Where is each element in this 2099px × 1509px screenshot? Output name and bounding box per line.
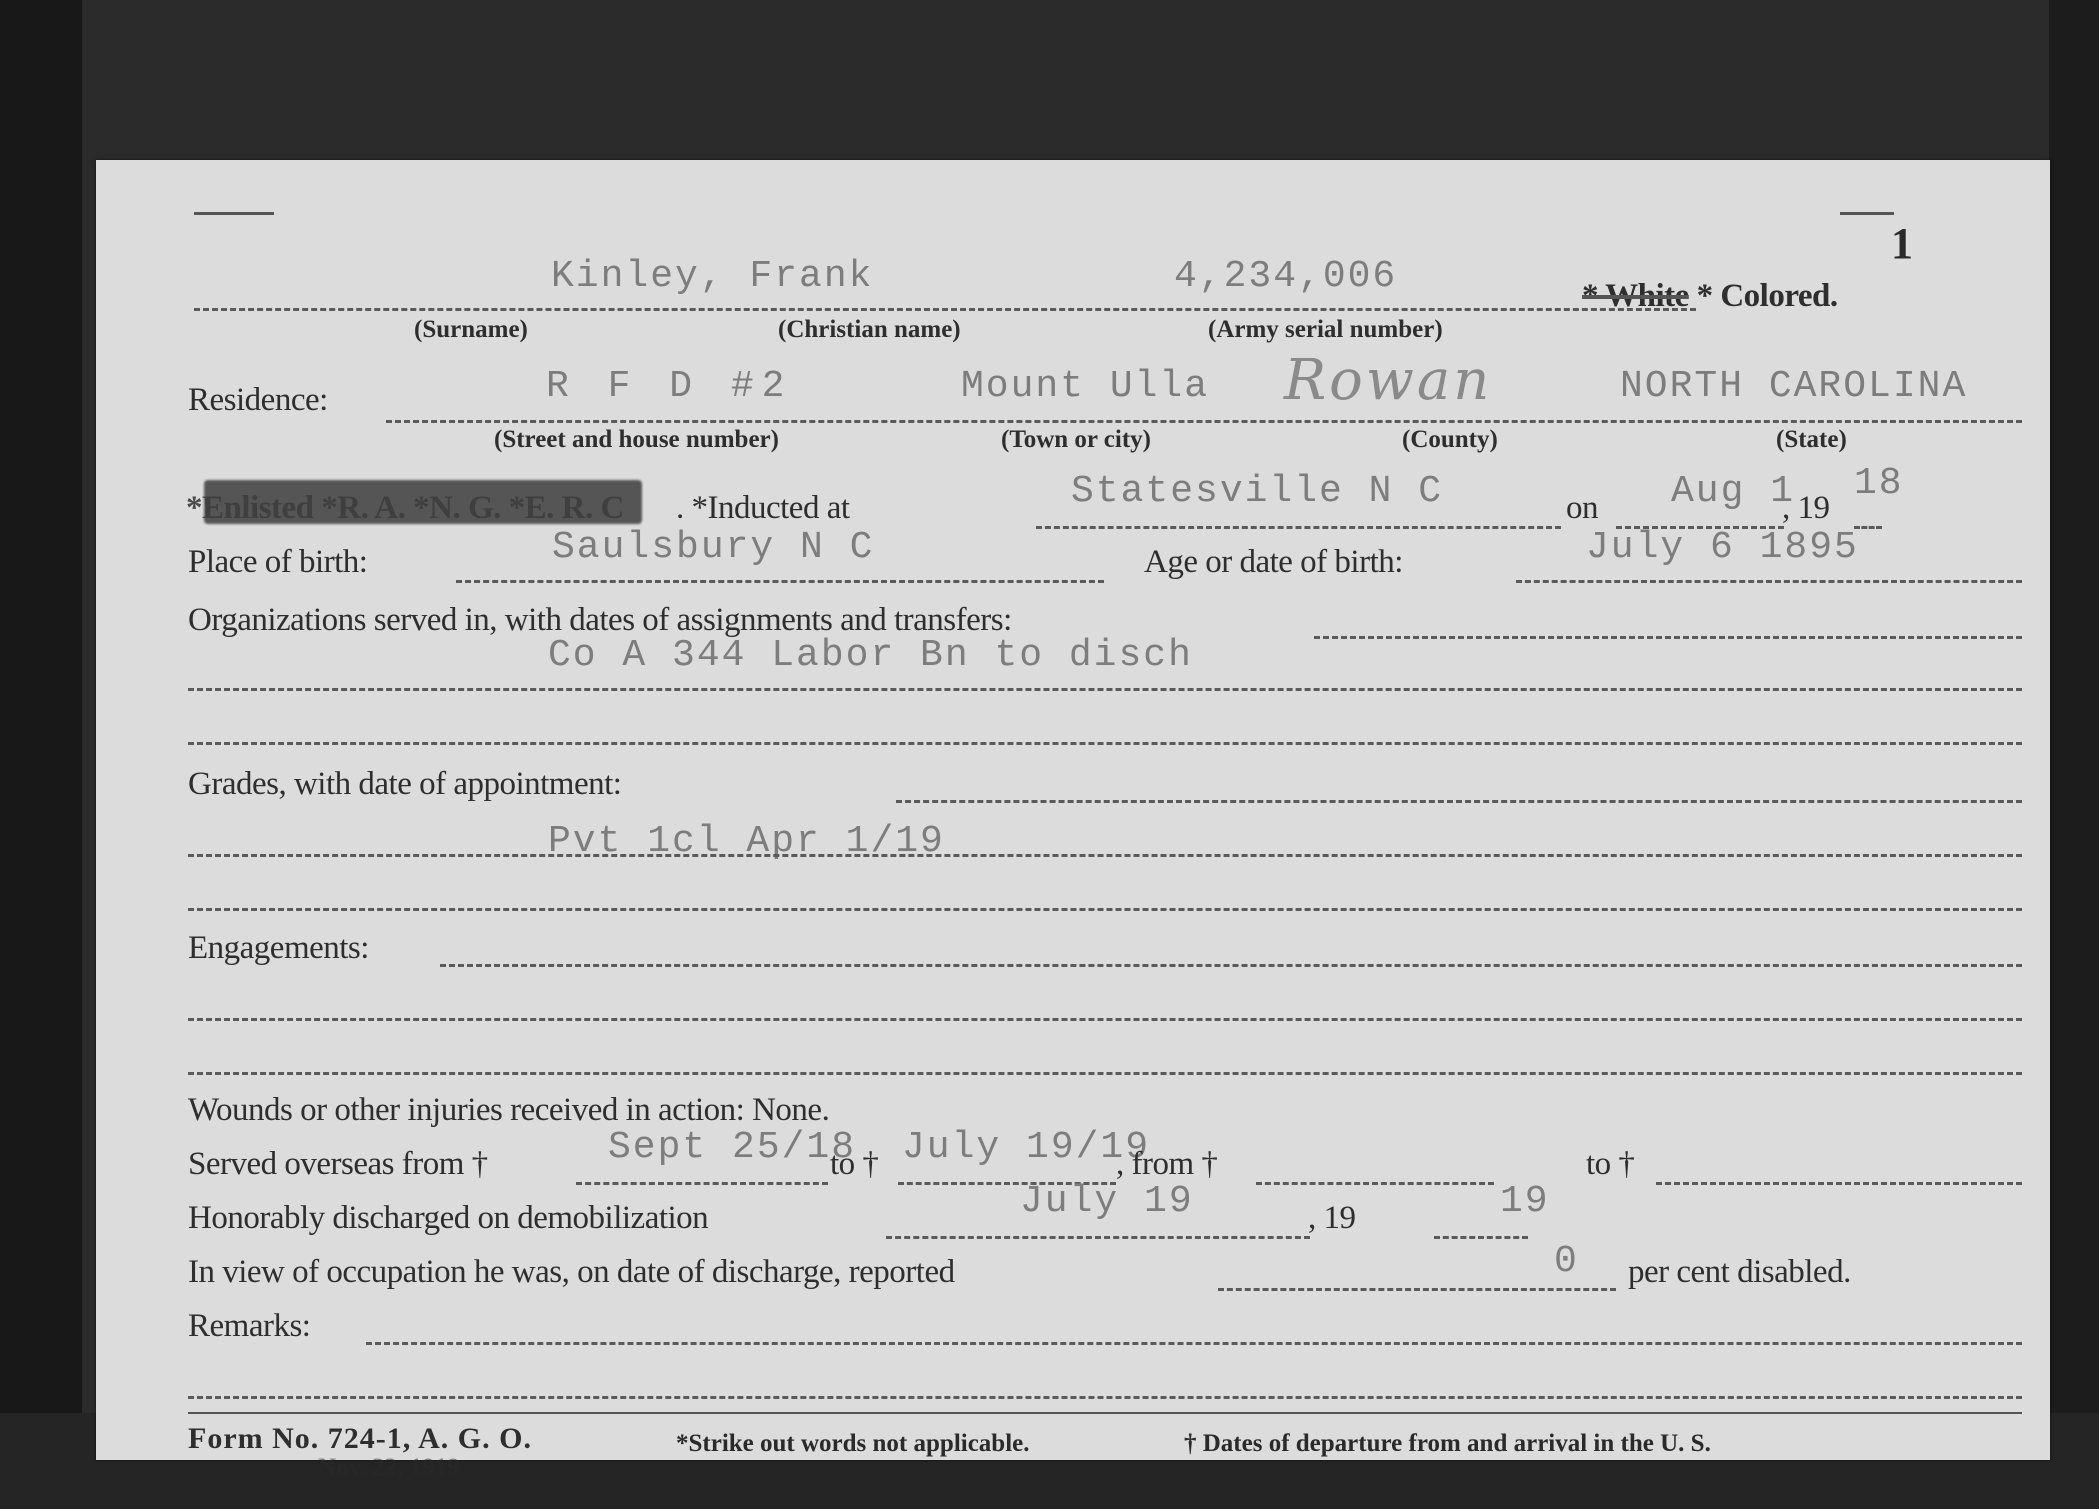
organizations-value: Co A 344 Labor Bn to disch bbox=[548, 634, 1193, 677]
overseas-from-2-underline bbox=[1256, 1182, 1494, 1185]
serial-caption: (Army serial number) bbox=[1208, 316, 1443, 344]
residence-county: Rowan bbox=[1284, 348, 1492, 413]
discharge-year-suffix: 19 bbox=[1500, 1180, 1550, 1223]
state-caption: (State) bbox=[1776, 426, 1847, 454]
discharge-label: Honorably discharged on demobilization bbox=[188, 1200, 708, 1237]
form-date: Nov. 22, 1919 bbox=[318, 1454, 460, 1482]
place-of-birth-underline bbox=[456, 580, 1104, 583]
name-value: Kinley, Frank bbox=[551, 255, 873, 298]
inducted-on-label: on bbox=[1566, 490, 1598, 527]
organizations-underline-0 bbox=[1314, 636, 2022, 639]
strike-note: *Strike out words not applicable. bbox=[676, 1430, 1030, 1458]
dagger-note: † Dates of departure from and arrival in… bbox=[1184, 1430, 1711, 1458]
form-number: Form No. 724-1, A. G. O. bbox=[188, 1422, 532, 1456]
wounds-label: Wounds or other injuries received in act… bbox=[188, 1092, 829, 1129]
inducted-at-value: Statesville N C bbox=[1071, 470, 1443, 513]
engagements-underline-1 bbox=[188, 1018, 2022, 1021]
disability-label: In view of occupation he was, on date of… bbox=[188, 1254, 955, 1291]
enlistment-redaction bbox=[204, 480, 642, 524]
engagements-underline-2 bbox=[188, 1072, 2022, 1075]
inducted-year-suffix: 18 bbox=[1854, 462, 1904, 505]
organizations-underline-1 bbox=[188, 688, 2022, 691]
street-caption: (Street and house number) bbox=[494, 426, 779, 454]
grades-underline-1 bbox=[188, 854, 2022, 857]
place-of-birth-label: Place of birth: bbox=[188, 544, 367, 581]
place-of-birth-value: Saulsbury N C bbox=[552, 526, 874, 569]
birth-date-label: Age or date of birth: bbox=[1144, 544, 1403, 581]
disability-value: 0 bbox=[1554, 1240, 1579, 1283]
discharge-date: July 19 bbox=[1020, 1180, 1194, 1223]
inducted-at-label: . *Inducted at bbox=[676, 490, 850, 527]
footer-rule bbox=[188, 1412, 2022, 1414]
town-caption: (Town or city) bbox=[1001, 426, 1151, 454]
birth-date-value: July 6 1895 bbox=[1586, 526, 1859, 569]
disability-suffix: per cent disabled. bbox=[1628, 1254, 1851, 1291]
remarks-underline-1 bbox=[188, 1396, 2022, 1399]
residence-town: Mount Ulla bbox=[961, 365, 1209, 408]
overseas-to-1: July 19/19 bbox=[902, 1126, 1150, 1169]
residence-underline bbox=[386, 420, 2022, 423]
engagements-label: Engagements: bbox=[188, 930, 369, 967]
overseas-to-label: to † bbox=[830, 1146, 878, 1183]
overseas-from-1-underline bbox=[576, 1182, 828, 1185]
top-left-rule bbox=[194, 212, 274, 215]
serial-number-value: 4,234,006 bbox=[1174, 255, 1397, 298]
scan-background-left bbox=[0, 0, 82, 1509]
overseas-from-2-label: , from † bbox=[1116, 1146, 1217, 1183]
wounds-value: None. bbox=[752, 1092, 829, 1128]
grades-underline-0 bbox=[896, 800, 2022, 803]
overseas-to-2-underline bbox=[1656, 1182, 2022, 1185]
discharge-date-underline bbox=[886, 1236, 1310, 1239]
surname-caption: (Surname) bbox=[414, 316, 528, 344]
discharge-year-underline bbox=[1434, 1236, 1528, 1239]
race-options: * White * Colored. bbox=[1582, 278, 1838, 315]
engagements-underline-0 bbox=[440, 964, 2022, 967]
overseas-label: Served overseas from † bbox=[188, 1146, 488, 1183]
overseas-from-1: Sept 25/18 bbox=[608, 1126, 856, 1169]
christian-name-caption: (Christian name) bbox=[778, 316, 961, 344]
service-record-card: 1 Kinley, Frank 4,234,006 * White * Colo… bbox=[96, 160, 2050, 1460]
race-white-option: * White bbox=[1582, 278, 1689, 314]
inducted-year-prefix: , 19 bbox=[1782, 490, 1830, 527]
scan-background-right bbox=[2049, 0, 2099, 1509]
county-caption: (County) bbox=[1402, 426, 1498, 454]
residence-state: NORTH CAROLINA bbox=[1620, 365, 1967, 408]
disability-underline bbox=[1218, 1288, 1616, 1291]
race-colored-option: * Colored. bbox=[1697, 278, 1838, 314]
discharge-year-prefix: , 19 bbox=[1308, 1200, 1356, 1237]
inducted-at-underline bbox=[1036, 526, 1561, 529]
residence-street: R F D #2 bbox=[546, 365, 792, 408]
organizations-underline-2 bbox=[188, 742, 2022, 745]
grades-label: Grades, with date of appointment: bbox=[188, 766, 621, 803]
grades-underline-2 bbox=[188, 908, 2022, 911]
remarks-underline-0 bbox=[366, 1342, 2022, 1345]
residence-label: Residence: bbox=[188, 382, 328, 419]
birth-date-underline bbox=[1516, 580, 2022, 583]
overseas-to-2-label: to † bbox=[1586, 1146, 1634, 1183]
name-serial-underline bbox=[194, 308, 1696, 311]
wounds-label-text: Wounds or other injuries received in act… bbox=[188, 1092, 744, 1128]
top-right-rule bbox=[1840, 212, 1894, 215]
card-number: 1 bbox=[1891, 218, 1913, 269]
remarks-label: Remarks: bbox=[188, 1308, 310, 1345]
inducted-date: Aug 1 bbox=[1671, 470, 1795, 513]
